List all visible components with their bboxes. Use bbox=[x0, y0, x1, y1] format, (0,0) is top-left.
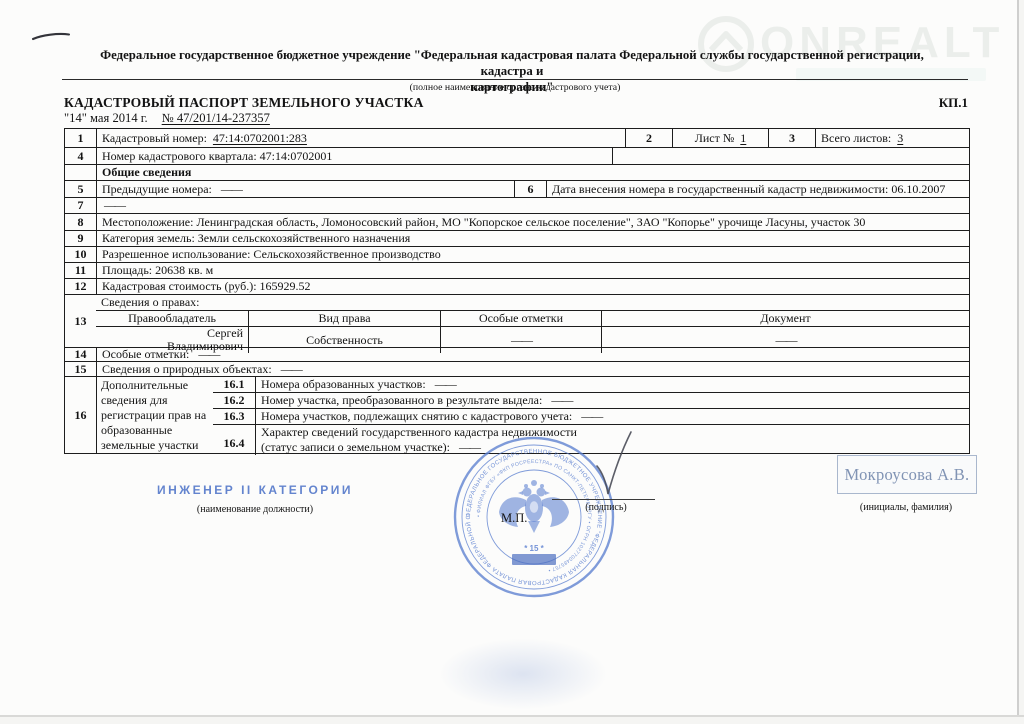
sub-row-number: 16.2 bbox=[213, 393, 255, 408]
document-number: № 47/201/14-237357 bbox=[162, 111, 270, 125]
previous-numbers-cell: Предыдущие номера: —— bbox=[96, 181, 514, 197]
dash-value: —— bbox=[581, 409, 601, 424]
sub-row-number: 16.4 bbox=[213, 425, 255, 455]
location-cell: Местоположение: Ленинградская область, Л… bbox=[96, 214, 969, 230]
scan-paper-edge-right bbox=[1017, 0, 1019, 724]
org-name-line1: Федеральное государственное бюджетное уч… bbox=[100, 48, 924, 78]
table-row: 8 Местоположение: Ленинградская область,… bbox=[65, 213, 969, 230]
col-header-document: Документ bbox=[601, 311, 969, 326]
sub-row-number: 16.1 bbox=[213, 377, 255, 392]
section-title: Общие сведения bbox=[96, 165, 969, 180]
cadastral-number-cell: Кадастровый номер: 47:14:0702001:283 bbox=[96, 129, 625, 147]
row-number: 10 bbox=[65, 247, 96, 262]
dash-value: —— bbox=[221, 183, 241, 196]
col-header-rightholder: Правообладатель bbox=[96, 311, 248, 326]
row-number: 7 bbox=[65, 198, 96, 213]
removed-parcels-cell: Номера участков, подлежащих снятию с кад… bbox=[255, 409, 969, 424]
row-number: 1 bbox=[65, 129, 96, 147]
table-row: 9 Категория земель: Земли сельскохозяйст… bbox=[65, 230, 969, 246]
row-number: 2 bbox=[625, 129, 672, 147]
row-number bbox=[65, 165, 96, 180]
previous-numbers-label: Предыдущие номера: bbox=[102, 183, 212, 196]
row-number: 5 bbox=[65, 181, 96, 197]
col-header-right-type: Вид права bbox=[248, 311, 440, 326]
additional-info-label: Дополнительные сведения для регистрации … bbox=[96, 377, 213, 453]
document-date: "14" мая 2014 г. bbox=[64, 111, 148, 125]
table-row: 14 Особые отметки: —— bbox=[65, 347, 969, 361]
rights-title: Сведения о правах: bbox=[96, 295, 969, 310]
formed-parcels-label: Номера образованных участков: bbox=[261, 377, 426, 392]
sub-row: 16.2 Номер участка, преобразованного в р… bbox=[213, 392, 969, 408]
empty-value-cell: —— bbox=[96, 198, 969, 213]
entry-date-cell: Дата внесения номера в государственный к… bbox=[546, 181, 969, 197]
natural-objects-label: Сведения о природных объектах: bbox=[102, 363, 272, 376]
row-number: 12 bbox=[65, 279, 96, 294]
table-row: 1 Кадастровый номер: 47:14:0702001:283 2… bbox=[65, 129, 969, 147]
dash-value: —— bbox=[776, 333, 796, 348]
land-category-cell: Категория земель: Земли сельскохозяйстве… bbox=[96, 231, 969, 246]
empty-cell bbox=[612, 148, 969, 164]
sub-row: 16.1 Номера образованных участков: —— bbox=[213, 377, 969, 392]
document-date-line: "14" мая 2014 г.№ 47/201/14-237357 bbox=[64, 111, 270, 126]
transformed-parcel-label: Номер участка, преобразованного в резуль… bbox=[261, 393, 542, 408]
sheet-number: 1 bbox=[740, 132, 746, 145]
natural-objects-cell: Сведения о природных объектах: —— bbox=[96, 362, 969, 376]
pen-mark bbox=[30, 28, 72, 44]
record-status-line2: (статус записи о земельном участке): bbox=[261, 440, 450, 454]
area-cell: Площадь: 20638 кв. м bbox=[96, 263, 969, 278]
row-number: 9 bbox=[65, 231, 96, 246]
table-row: 11 Площадь: 20638 кв. м bbox=[65, 262, 969, 278]
seal-branch-number: * 15 * bbox=[524, 544, 544, 553]
cadastral-number-label: Кадастровый номер: bbox=[102, 132, 207, 145]
cadastral-value-cell: Кадастровая стоимость (руб.): 165929.52 bbox=[96, 279, 969, 294]
formed-parcels-cell: Номера образованных участков: —— bbox=[255, 377, 969, 392]
name-stamp-text: Мокроусова А.В. bbox=[845, 465, 970, 485]
signature-caption: (подпись) bbox=[560, 502, 652, 513]
name-stamp-box: Мокроусова А.В. bbox=[837, 455, 977, 494]
dash-value: —— bbox=[551, 393, 571, 408]
row-number: 3 bbox=[768, 129, 815, 147]
dash-value: —— bbox=[511, 333, 531, 348]
table-row: 7 —— bbox=[65, 197, 969, 213]
dash-value: —— bbox=[435, 377, 455, 392]
permitted-use-cell: Разрешенное использование: Сельскохозяйс… bbox=[96, 247, 969, 262]
dash-value: —— bbox=[281, 363, 301, 376]
special-marks-label: Особые отметки: bbox=[102, 348, 189, 361]
total-sheets-label: Всего листов: bbox=[821, 132, 891, 145]
table-row: 5 Предыдущие номера: —— 6 Дата внесения … bbox=[65, 180, 969, 197]
transformed-parcel-cell: Номер участка, преобразованного в резуль… bbox=[255, 393, 969, 408]
stamp-ink-bleed bbox=[438, 638, 608, 710]
handwritten-signature bbox=[585, 428, 637, 502]
rights-header-row: Правообладатель Вид права Особые отметки… bbox=[96, 310, 969, 326]
removed-parcels-label: Номера участков, подлежащих снятию с кад… bbox=[261, 409, 572, 424]
org-name-rule bbox=[62, 79, 968, 80]
section-row: Общие сведения bbox=[65, 164, 969, 180]
dash-value: —— bbox=[198, 348, 218, 361]
row-number: 15 bbox=[65, 362, 96, 376]
row-number: 6 bbox=[514, 181, 546, 197]
org-name-caption: (полное наименование органа кадастрового… bbox=[62, 82, 968, 93]
position-stamp-text: ИНЖЕНЕР II КАТЕГОРИИ bbox=[152, 483, 358, 497]
total-sheets-cell: Всего листов: 3 bbox=[815, 129, 969, 147]
sub-row: 16.3 Номера участков, подлежащих снятию … bbox=[213, 408, 969, 424]
special-marks-cell: Особые отметки: —— bbox=[96, 348, 969, 361]
row-number: 8 bbox=[65, 214, 96, 230]
table-row: 10 Разрешенное использование: Сельскохоз… bbox=[65, 246, 969, 262]
dash-value: —— bbox=[104, 199, 124, 212]
form-code: КП.1 bbox=[900, 95, 968, 111]
cadastral-number-value: 47:14:0702001:283 bbox=[213, 132, 307, 145]
quarter-number-cell: Номер кадастрового квартала: 47:14:07020… bbox=[96, 148, 612, 164]
sub-row-number: 16.3 bbox=[213, 409, 255, 424]
row-number: 11 bbox=[65, 263, 96, 278]
table-row: 4 Номер кадастрового квартала: 47:14:070… bbox=[65, 147, 969, 164]
seal-banner bbox=[512, 554, 556, 565]
record-status-line2-wrap: (статус записи о земельном участке):—— bbox=[261, 440, 479, 455]
mp-mark: М.П. bbox=[501, 511, 527, 526]
row-number: 13 bbox=[65, 295, 96, 347]
document-title: КАДАСТРОВЫЙ ПАСПОРТ ЗЕМЕЛЬНОГО УЧАСТКА bbox=[64, 95, 424, 111]
rights-subtable: Сведения о правах: Правообладатель Вид п… bbox=[96, 295, 969, 347]
sheet-cell: Лист № 1 bbox=[672, 129, 768, 147]
row-number: 14 bbox=[65, 348, 96, 361]
col-header-special-marks: Особые отметки bbox=[440, 311, 601, 326]
name-caption: (инициалы, фамилия) bbox=[828, 502, 984, 513]
row-number: 4 bbox=[65, 148, 96, 164]
rightholder-first-name: Сергей bbox=[207, 326, 243, 340]
table-row: 15 Сведения о природных объектах: —— bbox=[65, 361, 969, 376]
cadastral-table: 1 Кадастровый номер: 47:14:0702001:283 2… bbox=[64, 128, 970, 454]
scan-paper-edge-bottom bbox=[0, 715, 1024, 717]
scan-edge-right-margin bbox=[1019, 0, 1024, 724]
table-row: 12 Кадастровая стоимость (руб.): 165929.… bbox=[65, 278, 969, 294]
total-sheets-value: 3 bbox=[897, 132, 903, 145]
sheet-label: Лист № bbox=[695, 132, 735, 145]
rights-block: 13 Сведения о правах: Правообладатель Ви… bbox=[65, 294, 969, 347]
row-number: 16 bbox=[65, 377, 96, 453]
scan-edge-bottom-margin bbox=[0, 717, 1024, 724]
rights-title-row: Сведения о правах: bbox=[96, 295, 969, 310]
position-caption: (наименование должности) bbox=[152, 504, 358, 515]
